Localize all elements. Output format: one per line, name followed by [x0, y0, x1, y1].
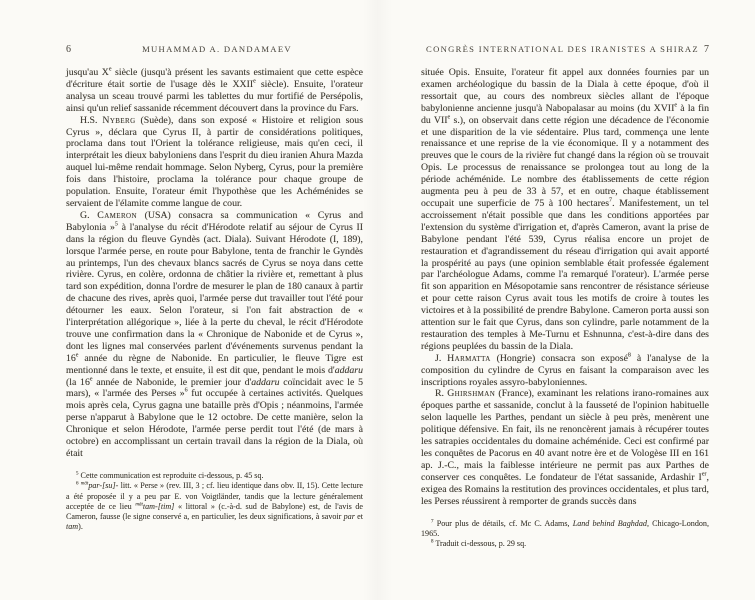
book-spread: 6 MUHAMMAD A. DANDAMAEV jusqu'au Xe sièc… — [0, 0, 755, 600]
right-page-number: 7 — [704, 44, 709, 55]
left-footnotes: 5 Cette communication est reproduite ci-… — [66, 471, 363, 533]
paragraph: R. Ghirshman (France), examinant les rel… — [421, 388, 709, 507]
right-page: CONGRÈS INTERNATIONAL DES IRANISTES A SH… — [421, 44, 709, 549]
right-running-title: CONGRÈS INTERNATIONAL DES IRANISTES A SH… — [421, 44, 704, 54]
paragraph: située Opis. Ensuite, l'orateur fit appe… — [421, 67, 709, 353]
right-body-text: située Opis. Ensuite, l'orateur fit appe… — [421, 67, 709, 508]
footnote: 7 Pour plus de détails, cf. Mc C. Adams,… — [421, 519, 709, 540]
left-body-text: jusqu'au Xe siècle (jusqu'à présent les … — [66, 67, 363, 460]
right-running-head: CONGRÈS INTERNATIONAL DES IRANISTES A SH… — [421, 44, 709, 55]
paragraph: J. Harmatta (Hongrie) consacra son expos… — [421, 353, 709, 389]
paragraph: G. Cameron (USA) consacra sa communicati… — [66, 210, 363, 460]
paragraph: jusqu'au Xe siècle (jusqu'à présent les … — [66, 67, 363, 115]
left-running-head: 6 MUHAMMAD A. DANDAMAEV — [66, 44, 363, 55]
paragraph: H.S. Nyberg (Suède), dans son exposé « H… — [66, 115, 363, 210]
footnote: 8 Traduit ci-dessous, p. 29 sq. — [421, 539, 709, 549]
left-page: 6 MUHAMMAD A. DANDAMAEV jusqu'au Xe sièc… — [66, 44, 363, 533]
right-footnotes: 7 Pour plus de détails, cf. Mc C. Adams,… — [421, 519, 709, 550]
footnote: 5 Cette communication est reproduite ci-… — [66, 471, 363, 481]
footnote: 6 mâtpar-[su]- litt. « Perse » (rev. III… — [66, 481, 363, 532]
left-running-title: MUHAMMAD A. DANDAMAEV — [71, 44, 363, 54]
